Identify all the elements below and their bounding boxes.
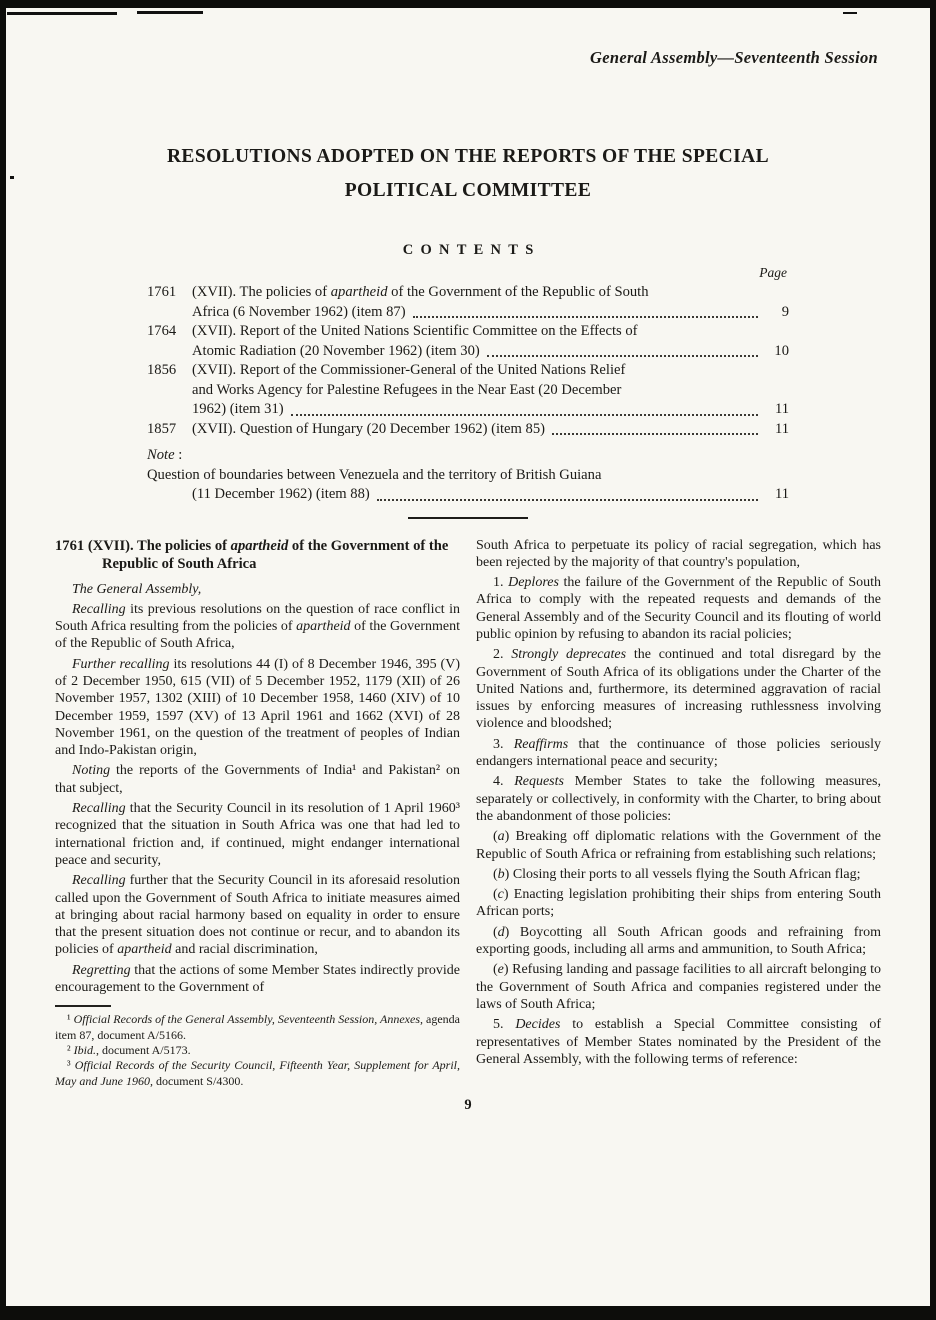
resolution-heading: 1761 (XVII). The policies of apartheid o…	[55, 537, 460, 574]
page-column-label: Page	[147, 265, 789, 281]
toc-entry-text: (XVII). Question of Hungary (20 December…	[192, 420, 545, 440]
toc-entry-text: (XVII). The policies of apartheid of the…	[192, 283, 649, 303]
paragraph: Further recalling its resolutions 44 (I)…	[55, 656, 460, 760]
text-segment: Deplores	[508, 575, 559, 590]
toc-entry-text: 1962) (item 31)	[147, 400, 284, 420]
toc-page-number: 11	[763, 400, 789, 420]
footnote: ³ Official Records of the Security Counc…	[55, 1058, 460, 1089]
text-segment: b	[498, 867, 505, 882]
paragraph: (d) Boycotting all South African goods a…	[476, 924, 881, 959]
toc-line: Africa (6 November 1962) (item 87)9	[147, 303, 789, 323]
paragraph: Recalling that the Security Council in i…	[55, 800, 460, 869]
paragraph: 4. Requests Member States to take the fo…	[476, 773, 881, 825]
text-segment: Note	[147, 447, 175, 463]
paragraph: 5. Decides to establish a Special Commit…	[476, 1016, 881, 1068]
footnote: ¹ Official Records of the General Assemb…	[55, 1012, 460, 1043]
page-title: RESOLUTIONS ADOPTED ON THE REPORTS OF TH…	[36, 140, 900, 208]
document-page: General Assembly—Seventeenth Session RES…	[6, 8, 930, 1306]
text-segment: apartheid	[117, 942, 171, 957]
text-segment: Further recalling	[72, 657, 170, 672]
dot-leader	[291, 414, 758, 416]
toc-entry-text: Question of boundaries between Venezuela…	[147, 466, 601, 486]
dot-leader	[413, 316, 758, 318]
text-segment: e	[498, 962, 504, 977]
scan-artifact	[137, 11, 203, 14]
toc-line: and Works Agency for Palestine Refugees …	[147, 381, 789, 401]
scan-artifact	[843, 12, 857, 14]
toc-page-number: 9	[763, 303, 789, 323]
paragraph: (c) Enacting legislation prohibiting the…	[476, 886, 881, 921]
page-title-line2: POLITICAL COMMITTEE	[36, 174, 900, 208]
text-segment: Official Records of the General Assembly…	[74, 1012, 423, 1026]
paragraph: Recalling its previous resolutions on th…	[55, 601, 460, 653]
toc-page-number: 10	[763, 342, 789, 362]
paragraph: (b) Closing their ports to all vessels f…	[476, 866, 881, 883]
paragraph: South Africa to perpetuate its policy of…	[476, 537, 881, 572]
toc-entry-number: 1761	[147, 283, 192, 303]
toc-line: 1764(XVII). Report of the United Nations…	[147, 322, 789, 342]
toc-line: Question of boundaries between Venezuela…	[147, 466, 789, 486]
text-segment: a	[498, 829, 505, 844]
page-title-line1: RESOLUTIONS ADOPTED ON THE REPORTS OF TH…	[36, 140, 900, 174]
contents-heading: CONTENTS	[6, 242, 930, 259]
toc-line: 1962) (item 31)11	[147, 400, 789, 420]
paragraph: 1. Deplores the failure of the Governmen…	[476, 574, 881, 643]
text-segment: apartheid	[296, 619, 350, 634]
toc-line: 1857(XVII). Question of Hungary (20 Dece…	[147, 420, 789, 440]
right-column: South Africa to perpetuate its policy of…	[476, 537, 881, 1089]
toc-entry-text: (XVII). Report of the Commissioner-Gener…	[192, 361, 625, 381]
text-segment: Recalling	[72, 602, 126, 617]
text-segment: Regretting	[72, 963, 131, 978]
text-segment: Ibid.	[74, 1043, 96, 1057]
text-segment: The General Assembly,	[72, 582, 201, 597]
text-segment: Noting	[72, 763, 110, 778]
text-segment: Official Records of the Security Council…	[55, 1058, 460, 1087]
text-segment: apartheid	[331, 284, 388, 300]
toc-line: 1856(XVII). Report of the Commissioner-G…	[147, 361, 789, 381]
running-header: General Assembly—Seventeenth Session	[6, 8, 930, 68]
page-number: 9	[6, 1097, 930, 1114]
text-segment: Reaffirms	[514, 737, 568, 752]
dot-leader	[377, 499, 758, 501]
paragraph: 2. Strongly deprecates the continued and…	[476, 646, 881, 732]
toc-entry-text: Africa (6 November 1962) (item 87)	[147, 303, 406, 323]
toc-entry-text: and Works Agency for Palestine Refugees …	[147, 381, 621, 401]
text-segment: 1761 (XVII). The policies of	[55, 538, 231, 554]
toc-page-number: 11	[763, 485, 789, 505]
toc-line: Note :	[147, 446, 789, 466]
toc-entry-number: 1856	[147, 361, 192, 381]
text-segment: d	[498, 925, 505, 940]
text-segment: Recalling	[72, 801, 126, 816]
paragraph: Regretting that the actions of some Memb…	[55, 962, 460, 997]
paragraph: (a) Breaking off diplomatic relations wi…	[476, 828, 881, 863]
text-segment: Decides	[515, 1017, 560, 1032]
text-segment: c	[498, 887, 504, 902]
footnote-rule	[55, 1005, 111, 1007]
toc-line: Atomic Radiation (20 November 1962) (ite…	[147, 342, 789, 362]
toc-entry-text: Note :	[147, 446, 182, 466]
scan-artifact	[10, 176, 14, 179]
toc-entry-text: Atomic Radiation (20 November 1962) (ite…	[147, 342, 480, 362]
toc-page-number: 11	[763, 420, 789, 440]
toc-entry-text: (XVII). Report of the United Nations Sci…	[192, 322, 638, 342]
toc-entry-number: 1857	[147, 420, 192, 440]
paragraph: The General Assembly,	[55, 581, 460, 598]
scan-artifact	[7, 12, 117, 15]
footnote: ² Ibid., document A/5173.	[55, 1043, 460, 1058]
dot-leader	[552, 433, 758, 435]
text-segment: Strongly deprecates	[511, 647, 626, 662]
toc-line: (11 December 1962) (item 88)11	[147, 485, 789, 505]
text-segment: Requests	[514, 774, 564, 789]
paragraph: (e) Refusing landing and passage facilit…	[476, 961, 881, 1013]
toc-line: 1761(XVII). The policies of apartheid of…	[147, 283, 789, 303]
toc-entry-number: 1764	[147, 322, 192, 342]
section-divider-rule	[408, 517, 528, 519]
paragraph: 3. Reaffirms that the continuance of tho…	[476, 736, 881, 771]
toc-entries: 1761(XVII). The policies of apartheid of…	[147, 283, 789, 505]
paragraph: Noting the reports of the Governments of…	[55, 762, 460, 797]
table-of-contents: Page 1761(XVII). The policies of aparthe…	[147, 265, 789, 505]
left-column: 1761 (XVII). The policies of apartheid o…	[55, 537, 460, 1089]
paragraph: Recalling further that the Security Coun…	[55, 872, 460, 958]
text-segment: apartheid	[231, 538, 289, 554]
toc-entry-text: (11 December 1962) (item 88)	[147, 485, 370, 505]
resolution-body: 1761 (XVII). The policies of apartheid o…	[55, 537, 881, 1089]
text-segment: Recalling	[72, 873, 126, 888]
dot-leader	[487, 355, 758, 357]
